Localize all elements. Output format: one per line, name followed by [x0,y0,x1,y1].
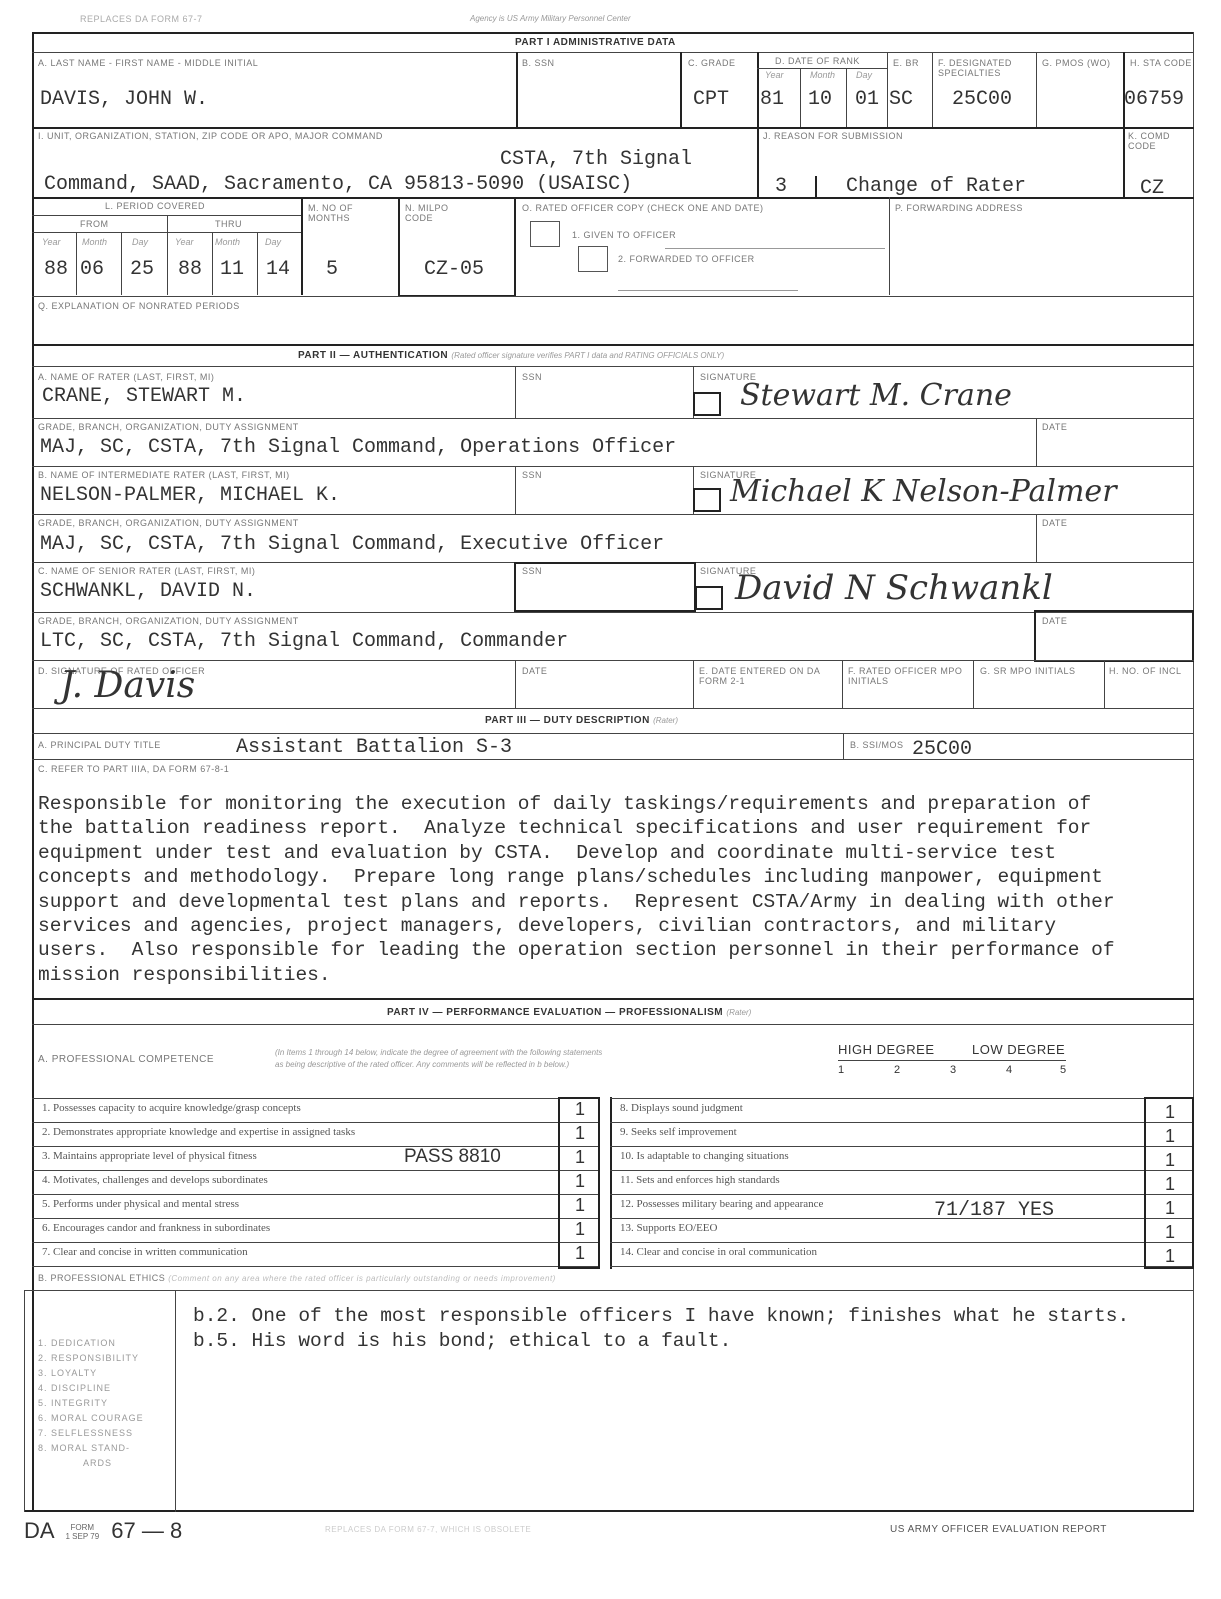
divider [32,708,1194,709]
rater-duty[interactable]: MAJ, SC, CSTA, 7th Signal Command, Opera… [40,436,676,459]
incl-label: h. NO. OF INCL [1109,666,1184,676]
from-label: FROM [80,219,109,229]
item-7-text: 7. Clear and concise in written communic… [42,1246,248,1258]
part4-title: PART IV — PERFORMANCE EVALUATION — PROFE… [387,1007,751,1018]
date-of-rank-label: d. DATE OF RANK [775,56,860,66]
divider [32,1146,600,1147]
divider [515,466,516,514]
divider [24,1290,25,1512]
item-12-rating[interactable]: 1 [1165,1198,1175,1219]
part3-title: PART III — DUTY DESCRIPTION (Rater) [485,715,678,726]
dor-day-label: Day [856,70,872,80]
pmos-label: g. PMOS (WO) [1042,58,1111,68]
ethics-label-text: b. PROFESSIONAL ETHICS [38,1273,165,1283]
from-year-label: Year [42,237,61,247]
duty-title-value[interactable]: Assistant Battalion S-3 [236,736,512,759]
ethics-comment-2[interactable]: b.5. His word is his bond; ethical to a … [193,1330,731,1352]
senior-rater-signature-checkbox[interactable] [695,586,723,610]
reason-text[interactable]: Change of Rater [846,175,1026,198]
scale-4: 4 [1006,1064,1012,1076]
divider [32,1170,600,1171]
divider [757,52,759,127]
instructions-line1: (In Items 1 through 14 below, indicate t… [275,1048,602,1057]
competence-items-right: 8. Displays sound judgment 9. Seeks self… [610,1098,1194,1268]
divider [32,466,1194,467]
intermediate-date-label: DATE [1042,518,1067,528]
rater-signature[interactable]: Stewart M. Crane [740,378,1012,413]
thru-year[interactable]: 88 [178,258,202,281]
divider [32,1122,600,1123]
divider [515,366,516,418]
forwarded-to-officer-label: 2. FORWARDED TO OFFICER [618,254,755,264]
ssi-mos-label: b. SSI/MOS [850,740,904,750]
item-5-text: 5. Performs under physical and mental st… [42,1198,239,1210]
competence-label: a. PROFESSIONAL COMPETENCE [38,1054,214,1065]
divider [757,127,759,197]
part4-title-note: (Rater) [726,1008,751,1017]
divider [516,52,518,127]
top-center-note: Agency is US Army Military Personnel Cen… [470,14,631,23]
item-8-rating[interactable]: 1 [1165,1102,1175,1123]
rater-signature-checkbox[interactable] [693,392,721,416]
intermediate-rater-name[interactable]: NELSON-PALMER, MICHAEL K. [40,484,340,507]
divider [32,1218,600,1219]
item-2-rating[interactable]: 1 [575,1123,585,1144]
thru-day-label: Day [265,237,281,247]
divider [121,232,122,295]
rated-copy-label: o. RATED OFFICER COPY (Check one and dat… [522,203,764,213]
item-3-note[interactable]: PASS 8810 [404,1146,501,1168]
divider [32,1266,600,1267]
scale-arrow [838,1060,1066,1061]
divider [167,215,168,295]
item-5-rating[interactable]: 1 [575,1195,585,1216]
part2-title-note: (Rated officer signature verifies PART I… [451,351,724,360]
form-date: 1 SEP 79 [65,1532,99,1541]
ssn-label: b. SSN [522,58,555,68]
intermediate-ssn-label: SSN [522,470,542,480]
from-day[interactable]: 25 [130,258,154,281]
ethics-discipline: 4. DISCIPLINE [38,1381,144,1396]
specialties-value[interactable]: 25C00 [952,88,1012,111]
instructions-line2: as being descriptive of the rated office… [275,1060,569,1069]
divider [32,1024,1194,1025]
divider [693,660,694,708]
part4-title-text: PART IV — PERFORMANCE EVALUATION — PROFE… [387,1007,723,1018]
item-13-text: 13. Supports EO/EEO [620,1222,717,1234]
part1-title: PART I ADMINISTRATIVE DATA [515,37,676,48]
scale-low-label: LOW DEGREE [972,1042,1065,1057]
reason-code[interactable]: 3 [775,175,787,198]
ethics-moral-courage: 6. MORAL COURAGE [38,1411,144,1426]
item-8-text: 8. Displays sound judgment [620,1102,743,1114]
divider [610,1194,1194,1195]
unit-label: i. UNIT, ORGANIZATION, STATION, ZIP CODE… [38,131,383,141]
divider [257,232,258,295]
divider [843,733,844,759]
item-1-rating[interactable]: 1 [575,1099,585,1120]
frame-bottom [24,1510,1194,1512]
item-14-text: 14. Clear and concise in oral communicat… [620,1246,817,1258]
item-4-text: 4. Motivates, challenges and develops su… [42,1174,268,1186]
intermediate-signature-checkbox[interactable] [693,488,721,512]
nonrated-label: q. EXPLANATION OF NONRATED PERIODS [38,301,240,311]
scale-1: 1 [838,1064,844,1076]
ethics-selflessness: 7. SELFLESSNESS [38,1426,144,1441]
refer-label: c. REFER TO PART IIIa, DA FORM 67-8-1 [38,764,229,774]
divider [212,232,213,295]
competence-items-left: 1. Possesses capacity to acquire knowled… [32,1098,600,1268]
divider [846,68,847,127]
divider [680,52,682,127]
divider [175,1290,176,1512]
thru-month[interactable]: 11 [220,258,244,281]
divider [32,197,1194,199]
grade-label: c. GRADE [688,58,736,68]
ethics-comment-1[interactable]: b.2. One of the most responsible officer… [193,1305,1129,1327]
divider [889,197,890,295]
item-14-rating[interactable]: 1 [1165,1246,1175,1267]
item-9-text: 9. Seeks self improvement [620,1126,737,1138]
senior-rater-name[interactable]: SCHWANKL, DAVID N. [40,580,256,603]
item-2-text: 2. Demonstrates appropriate knowledge an… [42,1126,355,1138]
form-id: DA FORM1 SEP 79 67 — 8 [24,1518,182,1544]
divider [610,1242,1194,1243]
divider [32,998,1194,1000]
footer-center-note: REPLACES DA FORM 67-7, WHICH IS OBSOLETE [325,1525,531,1534]
rater-date-label: DATE [1042,422,1067,432]
sta-code-label: h. STA CODE [1130,58,1192,68]
form-word-block: FORM1 SEP 79 [65,1523,99,1541]
divider [515,660,516,708]
divider [32,733,1194,734]
duty-description[interactable]: Responsible for monitoring the execution… [38,792,1188,987]
divider [973,660,974,708]
scale-high-label: HIGH DEGREE [838,1042,935,1057]
divider [1036,52,1037,127]
given-to-officer-label: 1. GIVEN TO OFFICER [572,230,676,240]
divider [32,514,1194,515]
divider [1123,52,1125,197]
milpo-value[interactable]: CZ-05 [424,258,484,281]
mpo-initials-label: f. RATED OFFICER MPO INITIALS [848,666,973,686]
item-6-text: 6. Encourages candor and frankness in su… [42,1222,270,1234]
duty-title-label: a. PRINCIPAL DUTY TITLE [38,740,161,750]
given-to-officer-checkbox[interactable] [530,221,560,247]
divider [32,52,1194,53]
item-13-rating[interactable]: 1 [1165,1222,1175,1243]
dor-year-label: Year [765,70,784,80]
forwarded-to-officer-checkbox[interactable] [578,246,608,272]
ethics-note: (Comment on any area where the rated off… [168,1274,556,1283]
ethics-integrity: 5. INTEGRITY [38,1396,144,1411]
footer-title: US ARMY OFFICER EVALUATION REPORT [890,1524,1107,1535]
divider [301,197,303,295]
senior-rater-date-label: DATE [1042,616,1067,626]
divider [32,296,1194,297]
dor-month[interactable]: 10 [808,88,832,111]
divider [800,68,801,127]
sta-code-value[interactable]: 06759 [1124,88,1184,111]
divider [815,176,817,197]
top-left-note: REPLACES DA FORM 67-7 [80,14,203,24]
item-1-text: 1. Possesses capacity to acquire knowled… [42,1102,301,1114]
form-number: 67 — 8 [111,1518,182,1543]
ethics-responsibility: 2. RESPONSIBILITY [38,1351,144,1366]
reason-label: j. REASON FOR SUBMISSION [763,131,903,141]
divider [757,68,887,69]
date-entered-label: e. DATE ENTERED ON DA FORM 2-1 [699,666,839,686]
intermediate-duty-label: GRADE, BRANCH, ORGANIZATION, DUTY ASSIGN… [38,518,299,528]
months-value[interactable]: 5 [326,258,338,281]
ethics-dedication: 1. DEDICATION [38,1336,144,1351]
item-9-rating[interactable]: 1 [1165,1126,1175,1147]
item-4-rating[interactable]: 1 [575,1171,585,1192]
divider [610,1098,1194,1099]
form-word: FORM [71,1523,95,1532]
rater-name[interactable]: CRANE, STEWART M. [42,385,246,408]
thru-year-label: Year [175,237,194,247]
name-label: a. LAST NAME - FIRST NAME - MIDDLE INITI… [38,58,258,68]
unit-line2[interactable]: Command, SAAD, Sacramento, CA 95813-5090… [44,173,632,196]
divider [32,1098,600,1099]
ssi-mos-value[interactable]: 25C00 [912,738,972,761]
scale-3: 3 [950,1064,956,1076]
intermediate-rater-label: b. NAME OF INTERMEDIATE RATER (Last, Fir… [38,470,290,480]
from-year[interactable]: 88 [44,258,68,281]
sr-mpo-initials-label: g. SR MPO INITIALS [980,666,1076,676]
dor-year[interactable]: 81 [760,88,784,111]
divider [932,52,933,127]
rated-officer-signature[interactable]: J. Davis [60,665,195,706]
scale-5: 5 [1060,1064,1066,1076]
ethics-moral-standards: 8. MORAL STAND- [38,1441,144,1456]
period-covered-label: l. PERIOD COVERED [105,201,205,211]
rater-name-label: a. NAME OF RATER (Last, First, MI) [38,372,214,382]
divider [610,1266,1194,1267]
item-10-rating[interactable]: 1 [1165,1150,1175,1171]
item-11-rating[interactable]: 1 [1165,1174,1175,1195]
forwarding-address-label: p. FORWARDING ADDRESS [895,203,1023,213]
senior-rater-duty-label: GRADE, BRANCH, ORGANIZATION, DUTY ASSIGN… [38,616,299,626]
divider [610,1170,1194,1171]
divider [1104,660,1105,708]
form-prefix: DA [24,1518,53,1543]
senior-rater-ssn-label: SSN [522,566,542,576]
part3-title-note: (Rater) [653,716,678,725]
rater-ssn-label: SSN [522,372,542,382]
divider [32,660,1194,661]
thru-day[interactable]: 14 [266,258,290,281]
ethics-label: b. PROFESSIONAL ETHICS (Comment on any a… [38,1273,556,1283]
item-3-rating[interactable]: 1 [575,1147,585,1168]
divider [32,1242,600,1243]
part3-title-text: PART III — DUTY DESCRIPTION [485,715,650,726]
divider [24,1290,1194,1291]
ethics-loyalty: 3. LOYALTY [38,1366,144,1381]
divider [32,344,1194,346]
dor-month-label: Month [810,70,835,80]
divider [76,232,77,295]
months-label: m. NO OF MONTHS [308,203,368,223]
ethics-moral-standards-cont: ARDS [38,1456,144,1471]
divider [610,1146,1194,1147]
scale-2: 2 [894,1064,900,1076]
rated-officer-name[interactable]: DAVIS, JOHN W. [40,88,208,111]
specialties-label: f. DESIGNATED SPECIALTIES [938,58,1028,78]
rated-officer-date-label: DATE [522,666,547,676]
thru-label: THRU [215,219,242,229]
ethics-list: 1. DEDICATION 2. RESPONSIBILITY 3. LOYAL… [38,1336,144,1471]
divider [32,127,1194,129]
rater-duty-label: GRADE, BRANCH, ORGANIZATION, DUTY ASSIGN… [38,422,299,432]
grade-value[interactable]: CPT [693,88,729,111]
item-12-text: 12. Possesses military bearing and appea… [620,1198,823,1210]
intermediate-rater-duty[interactable]: MAJ, SC, CSTA, 7th Signal Command, Execu… [40,533,664,556]
branch-value[interactable]: SC [889,88,913,111]
unit-line1[interactable]: CSTA, 7th Signal [500,148,692,171]
from-day-label: Day [132,237,148,247]
senior-rater-label: c. NAME OF SENIOR RATER (Last, First, MI… [38,566,255,576]
thru-month-label: Month [215,237,240,247]
item-10-text: 10. Is adaptable to changing situations [620,1150,789,1162]
from-month-label: Month [82,237,107,247]
date-line [618,290,798,291]
divider [610,1218,1194,1219]
senior-rater-duty[interactable]: LTC, SC, CSTA, 7th Signal Command, Comma… [40,630,568,653]
intermediate-rater-signature[interactable]: Michael K Nelson-Palmer [730,474,1117,509]
frame-top [32,32,1194,34]
milpo-label: n. MILPO CODE [405,203,465,223]
divider [32,1194,600,1195]
item-11-text: 11. Sets and enforces high standards [620,1174,780,1186]
part2-title: PART II — AUTHENTICATION (Rated officer … [298,350,724,361]
divider [1036,514,1037,562]
senior-rater-signature[interactable]: David N Schwankl [735,568,1053,608]
divider [610,1122,1194,1123]
divider [32,366,1194,367]
divider [32,232,302,233]
item-6-rating[interactable]: 1 [575,1219,585,1240]
date-line [665,248,885,249]
item-3-text: 3. Maintains appropriate level of physic… [42,1150,257,1162]
divider [32,759,1194,760]
comd-code-label: k. COMD CODE [1128,131,1188,151]
divider [32,418,1194,419]
branch-label: e. BR [893,58,919,68]
from-month[interactable]: 06 [80,258,104,281]
divider [1036,418,1037,466]
dor-day[interactable]: 01 [855,88,879,111]
divider [887,52,888,127]
divider [842,660,843,708]
divider [32,612,1194,613]
part2-title-text: PART II — AUTHENTICATION [298,350,448,361]
item-7-rating[interactable]: 1 [575,1243,585,1264]
